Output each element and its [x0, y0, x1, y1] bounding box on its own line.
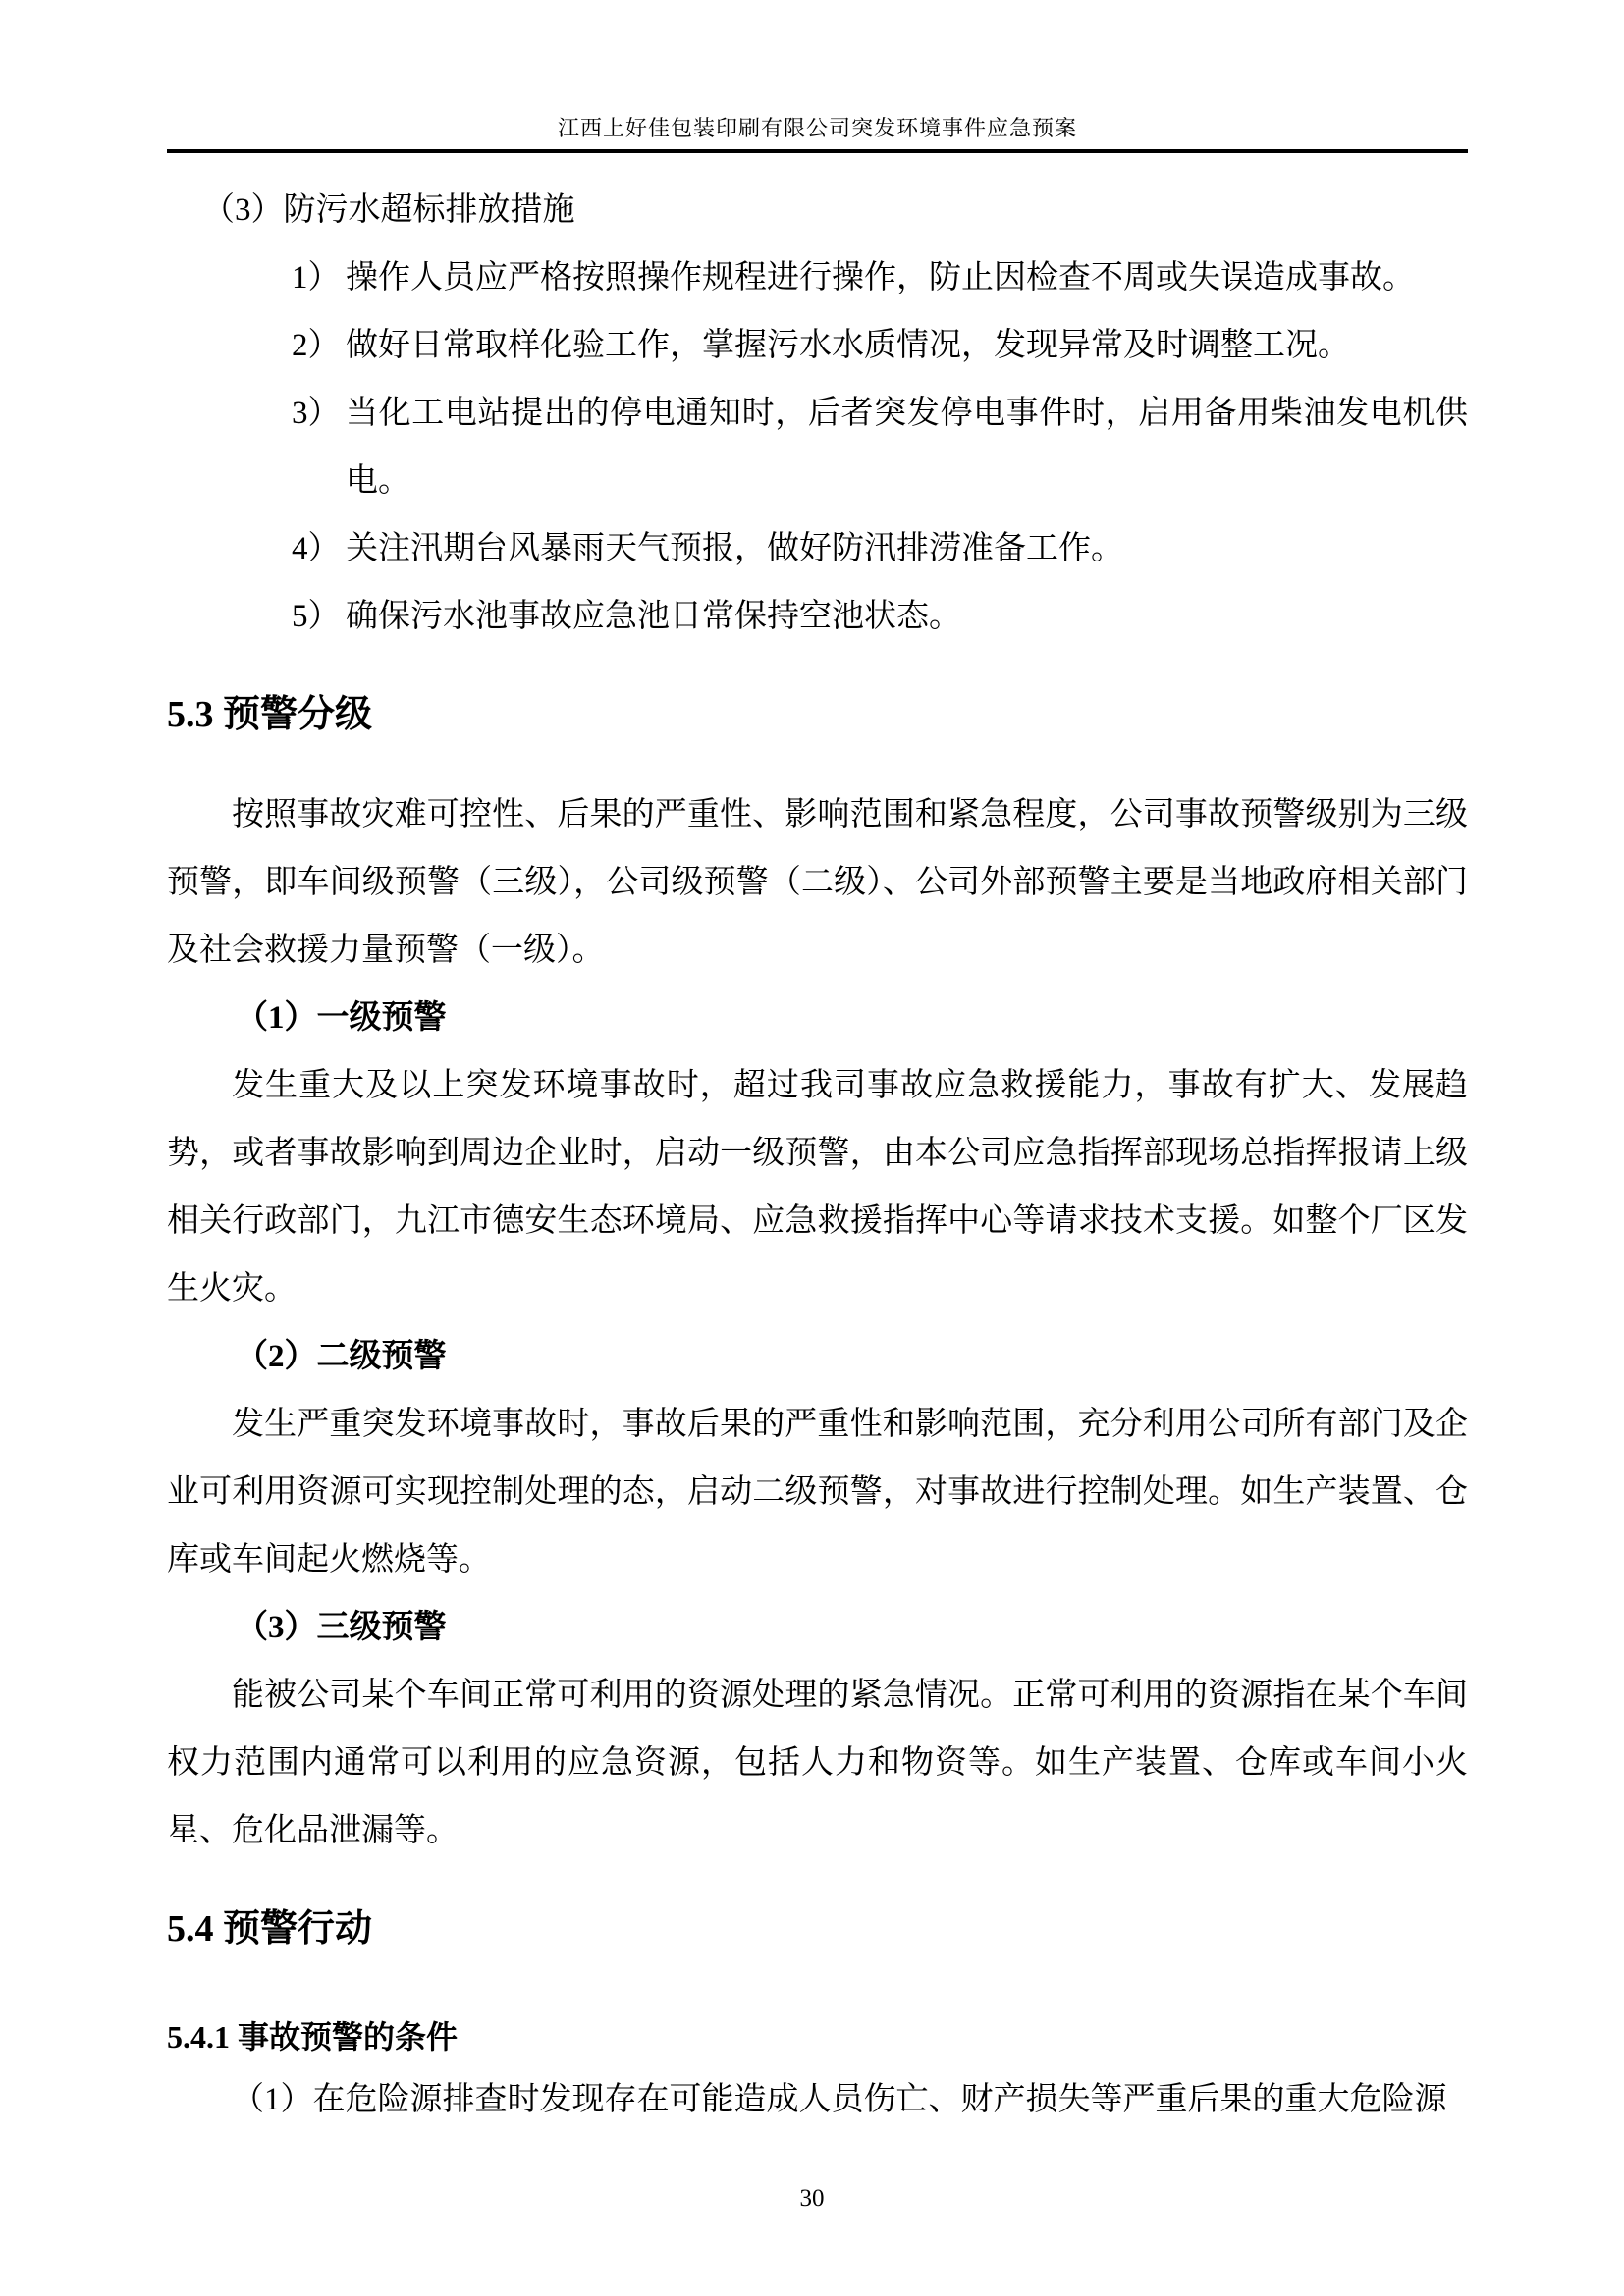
list-item: 4） 关注汛期台风暴雨天气预报，做好防汛排涝准备工作。 — [167, 515, 1468, 583]
page-header-title: 江西上好佳包装印刷有限公司突发环境事件应急预案 — [167, 116, 1468, 141]
page-content: 江西上好佳包装印刷有限公司突发环境事件应急预案 （3）防污水超标排放措施 1） … — [167, 116, 1468, 2134]
paragraph-warning-condition: （1）在危险源排查时发现存在可能造成人员伤亡、财产损失等严重后果的重大危险源 — [167, 2066, 1468, 2134]
warning-level-2-heading: （2）二级预警 — [167, 1323, 1468, 1391]
warning-level-3-paragraph: 能被公司某个车间正常可利用的资源处理的紧急情况。正常可利用的资源指在某个车间权力… — [167, 1662, 1468, 1865]
list-item: 5） 确保污水池事故应急池日常保持空池状态。 — [167, 583, 1468, 651]
measures-list: 1） 操作人员应严格按照操作规程进行操作，防止因检查不周或失误造成事故。 2） … — [167, 244, 1468, 651]
list-item-text: 当化工电站提出的停电通知时，后者突发停电事件时，启用备用柴油发电机供电。 — [346, 396, 1468, 499]
section-heading-measures: （3）防污水超标排放措施 — [167, 177, 1468, 244]
list-item-text: 操作人员应严格按照操作规程进行操作，防止因检查不周或失误造成事故。 — [346, 260, 1415, 295]
warning-level-3-heading: （3）三级预警 — [167, 1594, 1468, 1662]
list-item-marker: 3） — [292, 380, 341, 448]
list-item: 2） 做好日常取样化验工作，掌握污水水质情况，发现异常及时调整工况。 — [167, 312, 1468, 380]
warning-level-1-heading: （1）一级预警 — [167, 985, 1468, 1052]
list-item-marker: 4） — [292, 515, 341, 583]
section-heading-5-4: 5.4 预警行动 — [167, 1901, 1468, 1956]
warning-level-2-paragraph: 发生严重突发环境事故时，事故后果的严重性和影响范围，充分利用公司所有部门及企业可… — [167, 1391, 1468, 1594]
list-item-marker: 1） — [292, 244, 341, 312]
list-item-text: 做好日常取样化验工作，掌握污水水质情况，发现异常及时调整工况。 — [346, 328, 1350, 363]
section-heading-5-3: 5.3 预警分级 — [167, 687, 1468, 742]
paragraph-warning-levels-intro: 按照事故灾难可控性、后果的严重性、影响范围和紧急程度，公司事故预警级别为三级预警… — [167, 781, 1468, 985]
page-number: 30 — [0, 2185, 1624, 2213]
list-item: 1） 操作人员应严格按照操作规程进行操作，防止因检查不周或失误造成事故。 — [167, 244, 1468, 312]
warning-level-1-paragraph: 发生重大及以上突发环境事故时，超过我司事故应急救援能力，事故有扩大、发展趋势，或… — [167, 1052, 1468, 1323]
list-item-marker: 5） — [292, 583, 341, 651]
list-item-text: 关注汛期台风暴雨天气预报，做好防汛排涝准备工作。 — [346, 531, 1123, 566]
list-item: 3） 当化工电站提出的停电通知时，后者突发停电事件时，启用备用柴油发电机供电。 — [167, 380, 1468, 515]
list-item-text: 确保污水池事故应急池日常保持空池状态。 — [346, 599, 961, 634]
header-rule — [167, 149, 1468, 153]
section-heading-5-4-1: 5.4.1 事故预警的条件 — [167, 2012, 1468, 2061]
list-item-marker: 2） — [292, 312, 341, 380]
document-page: 江西上好佳包装印刷有限公司突发环境事件应急预案 （3）防污水超标排放措施 1） … — [0, 0, 1624, 2296]
